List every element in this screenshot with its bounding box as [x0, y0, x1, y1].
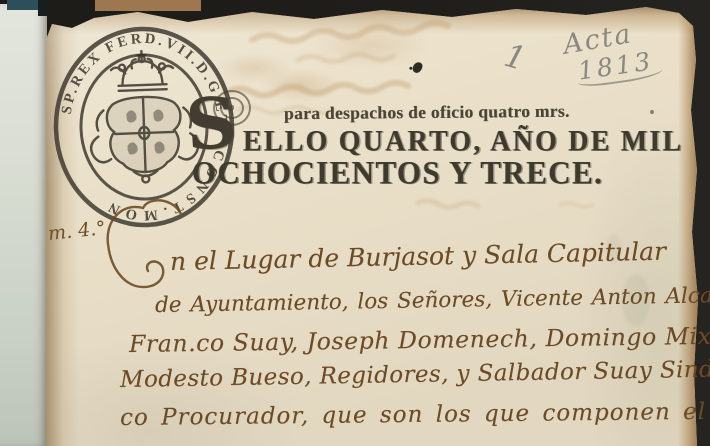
- tax-stamp-title-line2: OCHOCIENTOS Y TRECE.: [192, 154, 603, 192]
- binding-shadow: [38, 0, 47, 16]
- tax-stamp-ornament-circles: [213, 90, 251, 126]
- scanned-document: SP.REX FERD.VII.D.G.ET CONST.MON 1 Act: [0, 0, 710, 446]
- binding-strip: [95, 0, 201, 11]
- pencil-dot: [650, 110, 654, 114]
- adjacent-page-edge: [0, 4, 47, 446]
- binding-teal-tab: [7, 0, 38, 10]
- tax-stamp-header: para despachos de oficio quatro mrs.: [284, 101, 570, 124]
